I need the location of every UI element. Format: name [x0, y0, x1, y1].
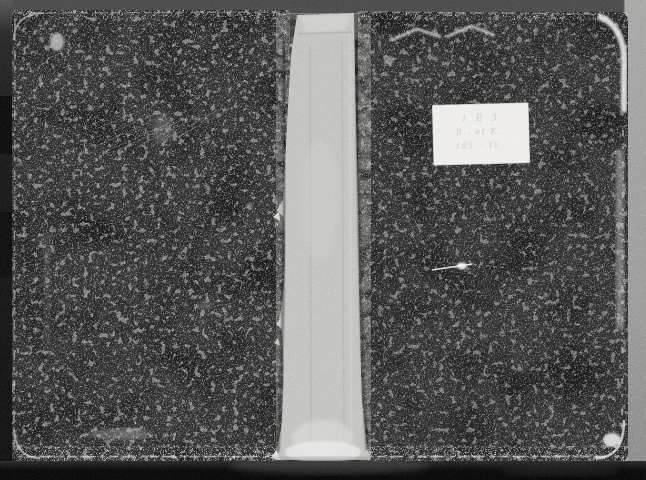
book-scan-photo: 1 E 3 B.. et K.. 185. - 18..: [0, 0, 646, 480]
photo-grain: [0, 0, 646, 480]
